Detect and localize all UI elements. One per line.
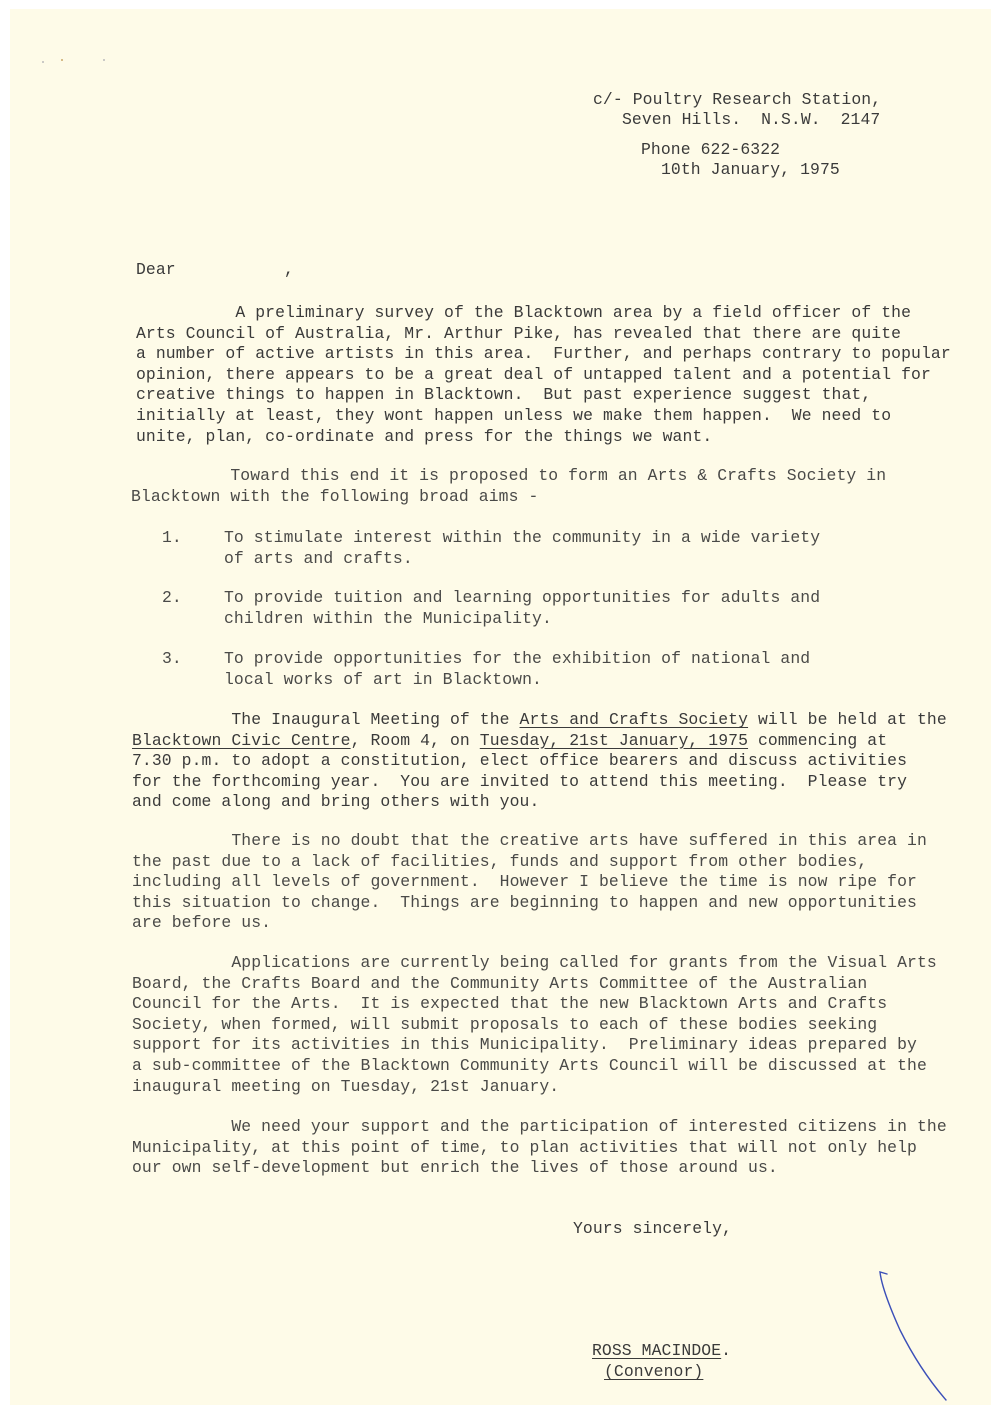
text-line: A preliminary survey of the Blacktown ar… (136, 303, 951, 324)
text-line: of arts and crafts. (224, 549, 820, 570)
text-line: To provide tuition and learning opportun… (224, 588, 820, 609)
text-line: a number of active artists in this area.… (136, 344, 951, 365)
letterhead-address-line1: c/- Poultry Research Station, (593, 90, 881, 111)
society-name-underlined: Arts and Crafts Society (520, 710, 749, 729)
text-run: , Room 4, on (351, 731, 480, 750)
text-line: To stimulate interest within the communi… (224, 528, 820, 549)
text-line: Applications are currently being called … (132, 953, 937, 974)
aim-item: To provide opportunities for the exhibit… (224, 649, 810, 690)
paragraph-grants: Applications are currently being called … (132, 953, 937, 1097)
text-line: local works of art in Blacktown. (224, 670, 810, 691)
paragraph-proposal: Toward this end it is proposed to form a… (131, 466, 886, 507)
text-line: Board, the Crafts Board and the Communit… (132, 974, 937, 995)
letterhead-address-line2: Seven Hills. N.S.W. 2147 (622, 110, 880, 131)
salutation-comma: , (284, 260, 294, 281)
letterhead-phone: Phone 622-6322 (641, 140, 780, 161)
text-line: To provide opportunities for the exhibit… (224, 649, 810, 670)
text-line: creative things to happen in Blacktown. … (136, 385, 951, 406)
text-run: commencing at (748, 731, 887, 750)
text-line: support for its activities in this Munic… (132, 1035, 937, 1056)
text-line: Blacktown Civic Centre, Room 4, on Tuesd… (132, 731, 947, 752)
text-line: children within the Municipality. (224, 609, 820, 630)
paper-speck (42, 61, 44, 63)
signature-stroke (860, 1260, 960, 1410)
letter-page (10, 9, 991, 1405)
signatory-title: (Convenor) (604, 1362, 703, 1383)
valediction: Yours sincerely, (573, 1219, 732, 1240)
letter-date: 10th January, 1975 (661, 160, 840, 181)
aim-item: To stimulate interest within the communi… (224, 528, 820, 569)
text-line: our own self-development but enrich the … (132, 1158, 947, 1179)
paragraph-creative-arts: There is no doubt that the creative arts… (132, 831, 927, 934)
text-line: initially at least, they wont happen unl… (136, 406, 951, 427)
convenor-title: (Convenor) (604, 1362, 703, 1381)
text-line: Society, when formed, will submit propos… (132, 1015, 937, 1036)
aim-number: 3. (162, 649, 182, 670)
text-line: Toward this end it is proposed to form a… (131, 466, 886, 487)
text-run: will be held at the (748, 710, 947, 729)
text-line: for the forthcoming year. You are invite… (132, 772, 947, 793)
salutation: Dear, (136, 260, 176, 281)
aim-number: 1. (162, 528, 182, 549)
text-line: The Inaugural Meeting of the Arts and Cr… (132, 710, 947, 731)
text-line: are before us. (132, 913, 927, 934)
text-line: We need your support and the participati… (132, 1117, 947, 1138)
paragraph-meeting: The Inaugural Meeting of the Arts and Cr… (132, 710, 947, 813)
venue-underlined: Blacktown Civic Centre (132, 731, 351, 750)
paper-speck (103, 59, 105, 61)
text-line: 7.30 p.m. to adopt a constitution, elect… (132, 751, 947, 772)
text-line: Arts Council of Australia, Mr. Arthur Pi… (136, 324, 951, 345)
signatory-name-underlined: ROSS MACINDOE (592, 1341, 721, 1360)
text-line: inaugural meeting on Tuesday, 21st Janua… (132, 1077, 937, 1098)
text-line: a sub-committee of the Blacktown Communi… (132, 1056, 937, 1077)
text-line: unite, plan, co-ordinate and press for t… (136, 427, 951, 448)
text-line: There is no doubt that the creative arts… (132, 831, 927, 852)
text-line: and come along and bring others with you… (132, 792, 947, 813)
paper-speck (61, 59, 63, 61)
paragraph-survey: A preliminary survey of the Blacktown ar… (136, 303, 951, 447)
text-run: The Inaugural Meeting of the (132, 710, 520, 729)
text-line: including all levels of government. Howe… (132, 872, 927, 893)
paragraph-support: We need your support and the participati… (132, 1117, 947, 1179)
text-line: Council for the Arts. It is expected tha… (132, 994, 937, 1015)
text-line: Blacktown with the following broad aims … (131, 487, 886, 508)
aim-item: To provide tuition and learning opportun… (224, 588, 820, 629)
aim-number: 2. (162, 588, 182, 609)
salutation-dear: Dear (136, 260, 176, 279)
text-line: the past due to a lack of facilities, fu… (132, 852, 927, 873)
text-line: opinion, there appears to be a great dea… (136, 365, 951, 386)
meeting-date-underlined: Tuesday, 21st January, 1975 (480, 731, 748, 750)
text-line: this situation to change. Things are beg… (132, 893, 927, 914)
text-line: Municipality, at this point of time, to … (132, 1138, 947, 1159)
signatory-name: ROSS MACINDOE. (592, 1341, 731, 1362)
text-run: . (721, 1341, 731, 1360)
